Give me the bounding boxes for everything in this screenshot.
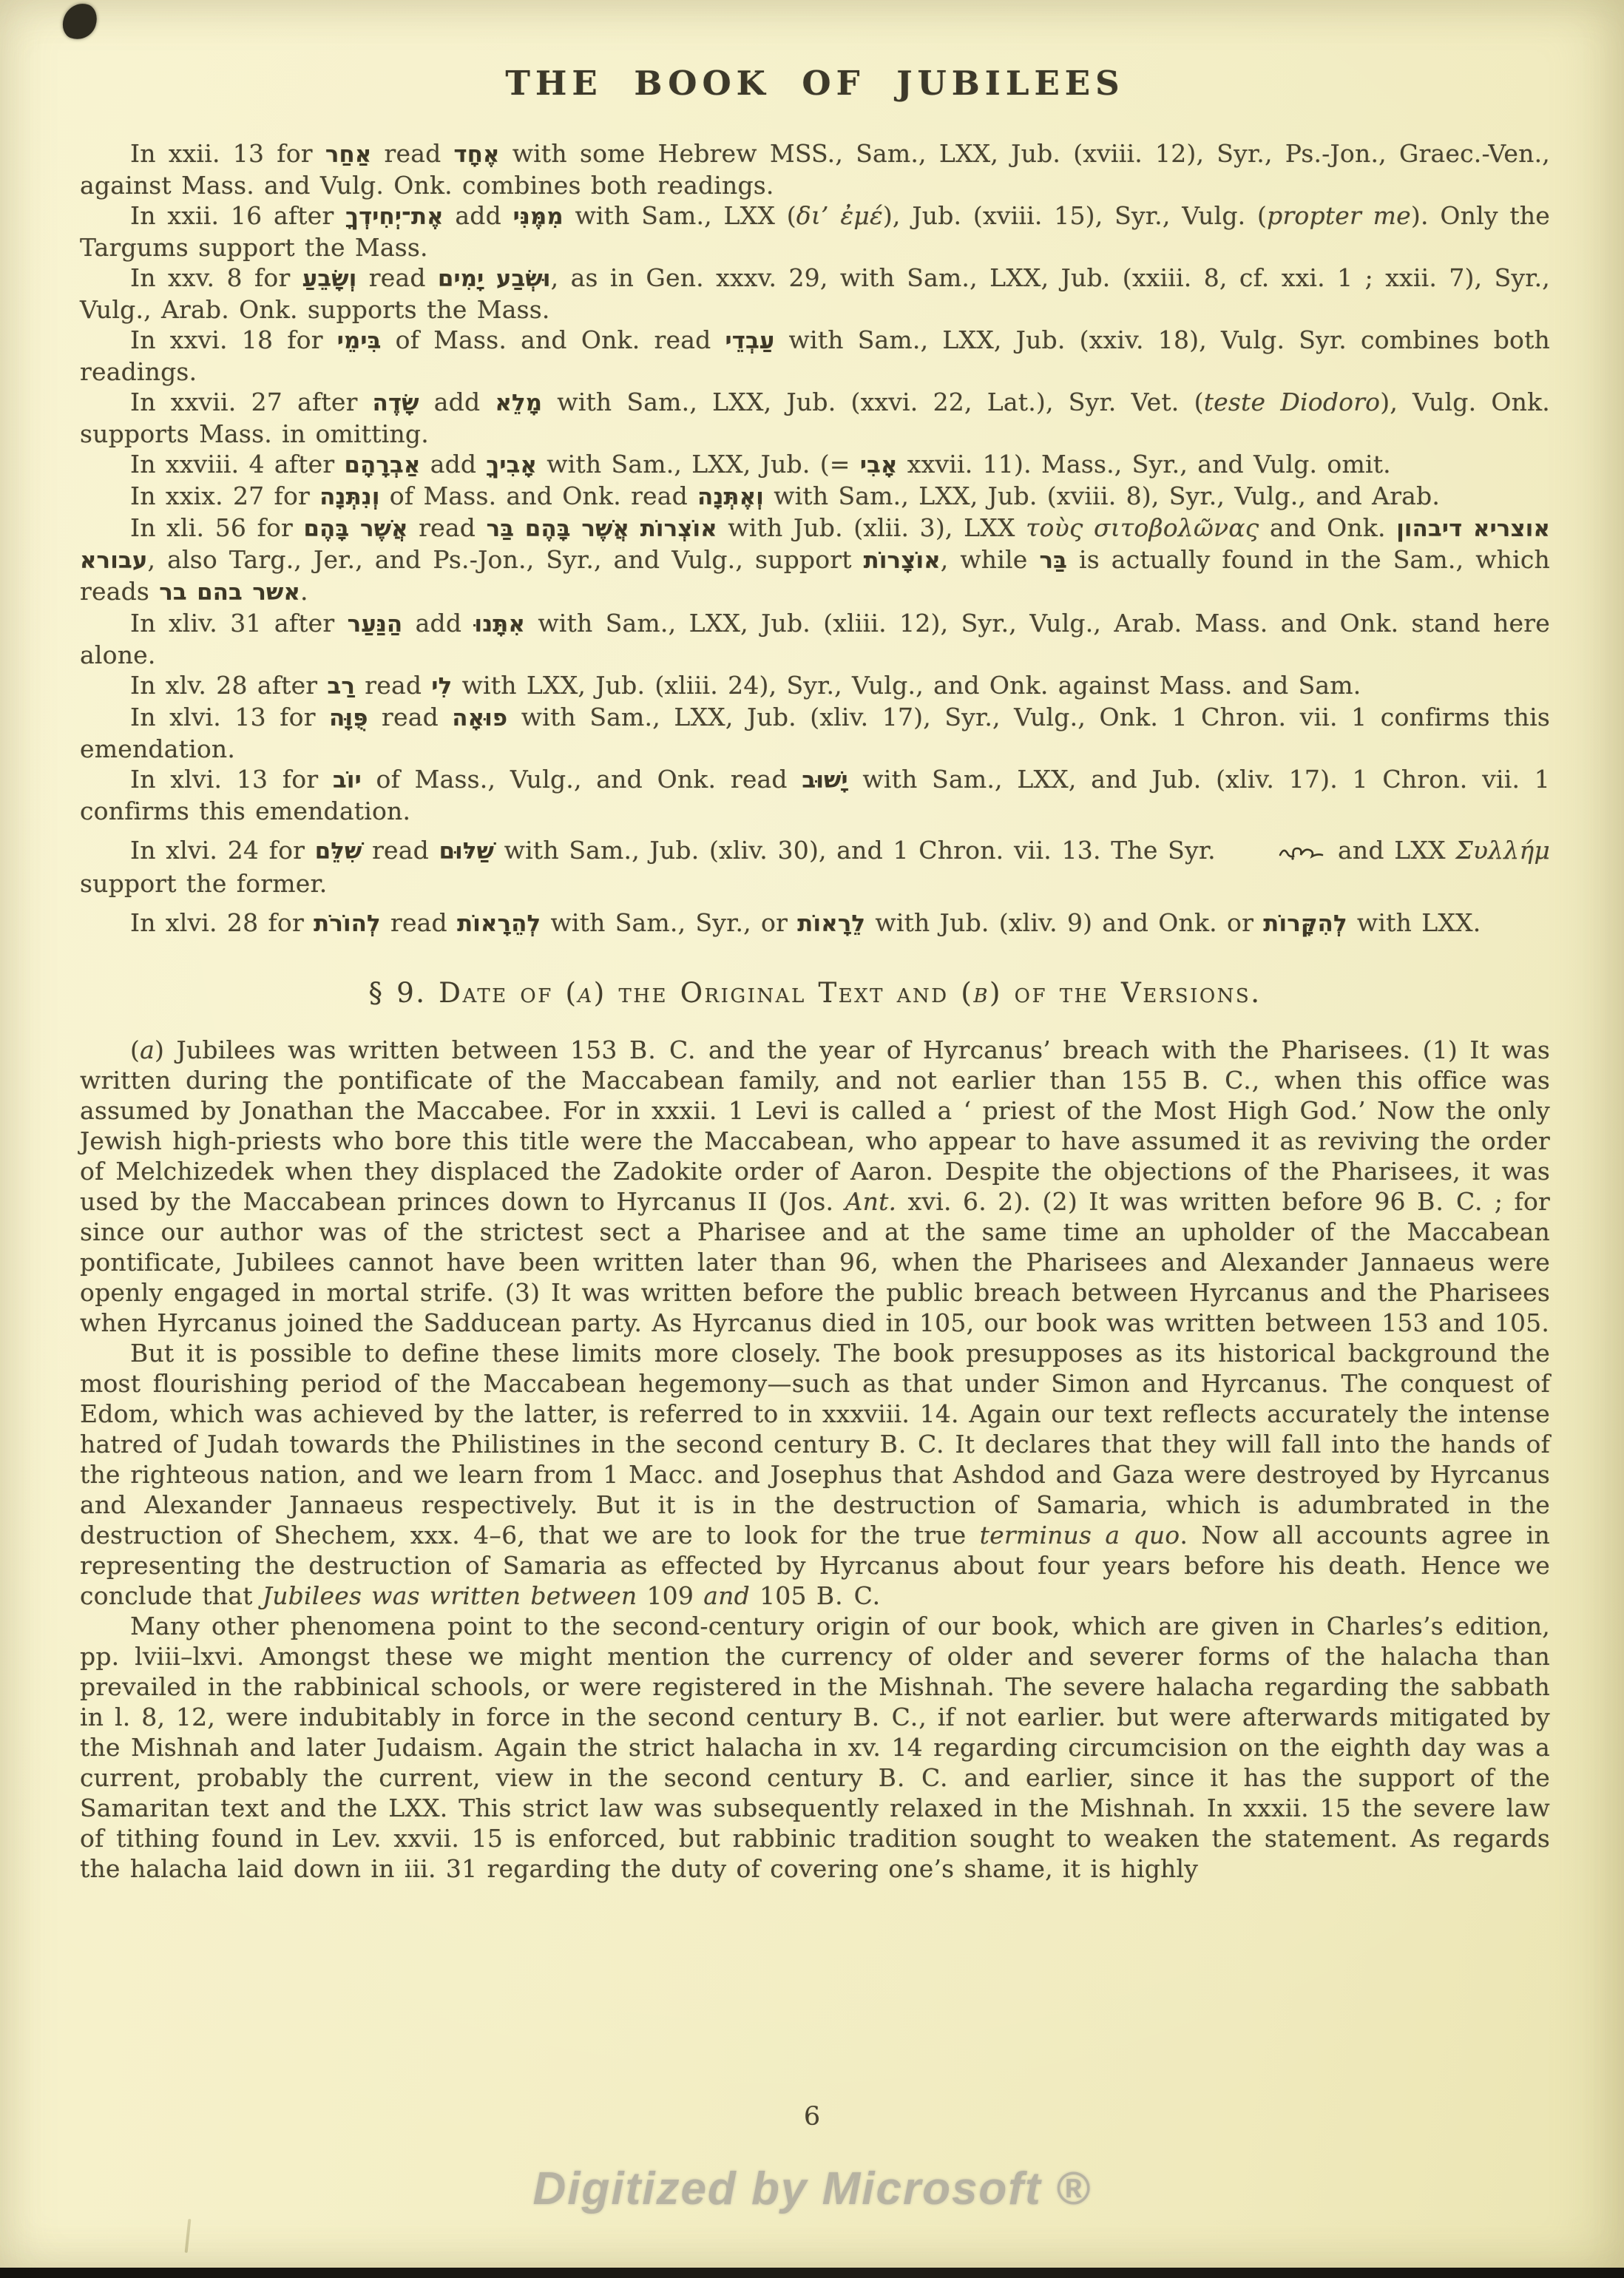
hebrew-word: הַנַּעַר	[348, 612, 403, 638]
text-run: of Mass., Vulg., and Onk. read	[362, 765, 802, 794]
hebrew-word: אשר בהם בר	[159, 580, 300, 606]
page-title: THE BOOK OF JUBILEES	[80, 68, 1550, 98]
hebrew-word: אֲשֶׁר בָּהֶם	[304, 516, 408, 542]
text-run: In xlvi. 24 for	[130, 836, 315, 865]
critical-note: In xlvi. 13 for יוֹב of Mass., Vulg., an…	[80, 764, 1550, 826]
text-run: with Jub. (xliv. 9) and Onk. or	[865, 908, 1263, 937]
hebrew-word: אַחַר	[325, 142, 372, 168]
hebrew-word: יוֹב	[333, 768, 362, 794]
critical-note: In xxvii. 27 after שָׂדֶה add מָלֵא with…	[80, 387, 1550, 449]
text-run: of Mass. and Onk. read	[382, 325, 725, 354]
text-run: § 9. Date of (	[368, 977, 578, 1009]
text-run: with Jub. (xlii. 3), LXX	[717, 513, 1026, 542]
text-run: In xxviii. 4 after	[130, 450, 345, 479]
italic-text: Ant.	[845, 1187, 897, 1216]
small-caps-text: B. C.	[629, 1035, 697, 1064]
text-run: ), Jub. (xviii. 15), Syr., Vulg. (	[883, 201, 1267, 230]
hebrew-word: פוּאָה	[452, 706, 507, 731]
small-caps-text: B. C.	[1417, 1187, 1483, 1216]
critical-note: In xlvi. 28 for לְהוֹרֹת read לְהֵרָאוֹת…	[80, 908, 1550, 939]
page-content: THE BOOK OF JUBILEES In xxii. 13 for אַח…	[0, 68, 1624, 1884]
text-run: with LXX, Jub. (xliii. 24), Syr., Vulg.,…	[452, 671, 1361, 700]
text-run: read	[371, 139, 453, 168]
italic-text: and	[703, 1581, 750, 1610]
text-run: In xli. 56 for	[130, 513, 304, 542]
hebrew-word: וְנִתְּנָה	[319, 484, 379, 510]
text-run: In xlvi. 13 for	[130, 703, 329, 731]
greek-word: δι’ ἐμέ	[796, 201, 883, 230]
hebrew-word: שִׁלֵּם	[315, 839, 362, 865]
critical-note: In xliv. 31 after הַנַּעַר add אִתָּנוּ …	[80, 608, 1550, 670]
hebrew-word: אָבִי	[860, 453, 898, 479]
text-run: add	[419, 388, 495, 416]
text-run: In xxvii. 27 after	[130, 388, 373, 416]
hebrew-word: וּשְׂבַע יָמִים	[438, 266, 551, 292]
text-run: ) the Original Text and (	[594, 977, 974, 1009]
scanned-book-page: THE BOOK OF JUBILEES In xxii. 13 for אַח…	[0, 0, 1624, 2278]
text-run: with Sam., LXX, Jub. (=	[537, 450, 860, 479]
italic-text: propter me	[1267, 201, 1411, 230]
main-text-section: (a) Jubilees was written between 153 B. …	[80, 1035, 1550, 1884]
critical-note: In xxvi. 18 for בִּימֵי of Mass. and Onk…	[80, 325, 1550, 387]
critical-note: In xxv. 8 for וְשָׂבֵעַ read וּשְׂבַע יָ…	[80, 263, 1550, 325]
small-caps-text: B. C.	[816, 1581, 881, 1610]
text-run: and Onk.	[1259, 513, 1396, 542]
hebrew-word: רַב	[327, 674, 355, 700]
text-run: with Sam., Jub. (xliv. 30), and 1 Chron.…	[494, 836, 1225, 865]
text-run: add	[421, 450, 487, 479]
hebrew-word: וְשָׂבֵעַ	[302, 266, 357, 292]
text-run: xvi. 6. 2). (2) It was written before 96	[896, 1187, 1417, 1216]
text-run: In xlvi. 13 for	[130, 765, 333, 794]
greek-word: Συλλήμ	[1455, 836, 1550, 865]
hebrew-word: לִי	[431, 674, 452, 700]
text-run: .	[300, 577, 308, 606]
body-paragraph: Many other phenomena point to the second…	[80, 1611, 1550, 1884]
hebrew-word: אַבְרָהָם	[345, 453, 421, 479]
text-run: In xliv. 31 after	[130, 609, 348, 638]
text-run: In xxv. 8 for	[130, 263, 302, 292]
text-run: with Sam., LXX, Jub. (xxvi. 22, Lat.), S…	[542, 388, 1204, 416]
section-heading: § 9. Date of (a) the Original Text and (…	[80, 978, 1550, 1008]
text-run: and LXX	[1327, 836, 1455, 865]
text-run: , also Targ., Jer., and Ps.-Jon., Syr., …	[148, 545, 864, 574]
italic-text: a	[140, 1035, 155, 1064]
text-run: support the former.	[80, 869, 327, 898]
text-run: add	[444, 201, 513, 230]
hebrew-word: אוֹצָרוֹת	[864, 548, 941, 574]
hebrew-word: לְהִקָּרוֹת	[1263, 911, 1347, 937]
hebrew-word: מָלֵא	[495, 391, 542, 416]
greek-word: τοὺς σιτοβολῶνας	[1026, 513, 1259, 542]
text-run: ) Jubilees was written between 153	[155, 1035, 629, 1064]
text-run: In xxix. 27 for	[130, 481, 319, 510]
text-run: read	[381, 908, 457, 937]
hebrew-word: מִמֶּנִּי	[513, 204, 564, 230]
hebrew-word: וְאֶתְּנָה	[697, 484, 764, 510]
body-paragraph: (a) Jubilees was written between 153 B. …	[80, 1035, 1550, 1338]
critical-note: In xxviii. 4 after אַבְרָהָם add אָבִיךָ…	[80, 449, 1550, 481]
text-run: ) of the Versions.	[989, 977, 1262, 1009]
hebrew-word: בַּר	[1039, 548, 1067, 574]
text-run: with Sam., Syr., or	[541, 908, 797, 937]
text-run: In xlv. 28 after	[130, 671, 327, 700]
hebrew-word: אֶת־יְחִידְךָ	[345, 204, 444, 230]
critical-note: In xxix. 27 for וְנִתְּנָה of Mass. and …	[80, 481, 1550, 513]
scan-edge-strip	[0, 2268, 1624, 2278]
text-run: of Mass. and Onk. read	[380, 481, 698, 510]
page-number: 6	[0, 2102, 1624, 2132]
italic-text: b	[973, 977, 989, 1009]
hebrew-word: יָשׁוּב	[802, 768, 847, 794]
hebrew-word: שַׁלּוּם	[439, 839, 495, 865]
text-run: , while	[941, 545, 1040, 574]
hebrew-word: שָׂדֶה	[373, 391, 419, 416]
hebrew-word: עַבְדֵי	[725, 328, 774, 354]
critical-note: In xxii. 13 for אַחַר read אֶחָד with so…	[80, 138, 1550, 200]
body-paragraph: But it is possible to define these limit…	[80, 1338, 1550, 1611]
text-run: with LXX.	[1347, 908, 1481, 937]
scratch-mark	[185, 2219, 192, 2253]
ink-smudge	[58, 0, 101, 44]
hebrew-word: בִּימֵי	[337, 328, 382, 354]
italic-text: Jubilees was written between	[263, 1581, 637, 1610]
italic-text: a	[578, 977, 593, 1009]
small-caps-text: B. C.	[879, 1763, 949, 1792]
small-caps-text: B. C.	[880, 1430, 945, 1459]
hebrew-word: אֶחָד	[454, 142, 500, 168]
text-run: read	[408, 513, 487, 542]
hebrew-word: לְהוֹרֹת	[314, 911, 381, 937]
text-run: add	[402, 609, 474, 638]
microsoft-watermark: Digitized by Microsoft ®	[0, 2163, 1624, 2215]
italic-text: teste Diodoro	[1204, 388, 1381, 416]
critical-note: In xxii. 16 after אֶת־יְחִידְךָ add מִמֶ…	[80, 200, 1550, 263]
text-run: read	[355, 671, 431, 700]
small-caps-text: B. C.	[1183, 1066, 1252, 1095]
text-run: xxvii. 11). Mass., Syr., and Vulg. omit.	[898, 450, 1391, 479]
text-run: In xxvi. 18 for	[130, 325, 337, 354]
hebrew-word: לְהֵרָאוֹת	[457, 911, 541, 937]
text-run: 105	[750, 1581, 816, 1610]
small-caps-text: B. C.	[853, 1703, 918, 1731]
text-run: read	[362, 836, 439, 865]
hebrew-word: אִתָּנוּ	[474, 612, 525, 638]
critical-notes-section: In xxii. 13 for אַחַר read אֶחָד with so…	[80, 138, 1550, 939]
text-run: (	[130, 1035, 140, 1064]
hebrew-word: פֻּוָּה	[329, 706, 368, 731]
text-run: read	[368, 703, 453, 731]
critical-note: In xlvi. 13 for פֻּוָּה read פוּאָה with…	[80, 702, 1550, 764]
hebrew-word: אָבִיךָ	[486, 453, 537, 479]
text-run: 109	[637, 1581, 703, 1610]
text-run: In xxii. 13 for	[130, 139, 325, 168]
critical-note: In xli. 56 for אֲשֶׁר בָּהֶם read אוֹצְר…	[80, 513, 1550, 608]
italic-text: terminus a quo	[980, 1521, 1180, 1549]
text-run: In xxii. 16 after	[130, 201, 345, 230]
text-run: read	[356, 263, 437, 292]
critical-note: In xlvi. 24 for שִׁלֵּם read שַׁלּוּם wi…	[80, 835, 1550, 899]
hebrew-word: אוֹצְרוֹת אֲשֶׁר בָּהֶם בַּר	[487, 516, 717, 542]
critical-note: In xlv. 28 after רַב read לִי with LXX, …	[80, 670, 1550, 702]
text-run: with Sam., LXX (	[564, 201, 796, 230]
text-run: with Sam., LXX, Jub. (xviii. 8), Syr., V…	[764, 481, 1440, 510]
hebrew-word: לֵרָאוֹת	[797, 911, 865, 937]
syriac-word-glyph	[1228, 838, 1325, 868]
text-run: In xlvi. 28 for	[130, 908, 314, 937]
